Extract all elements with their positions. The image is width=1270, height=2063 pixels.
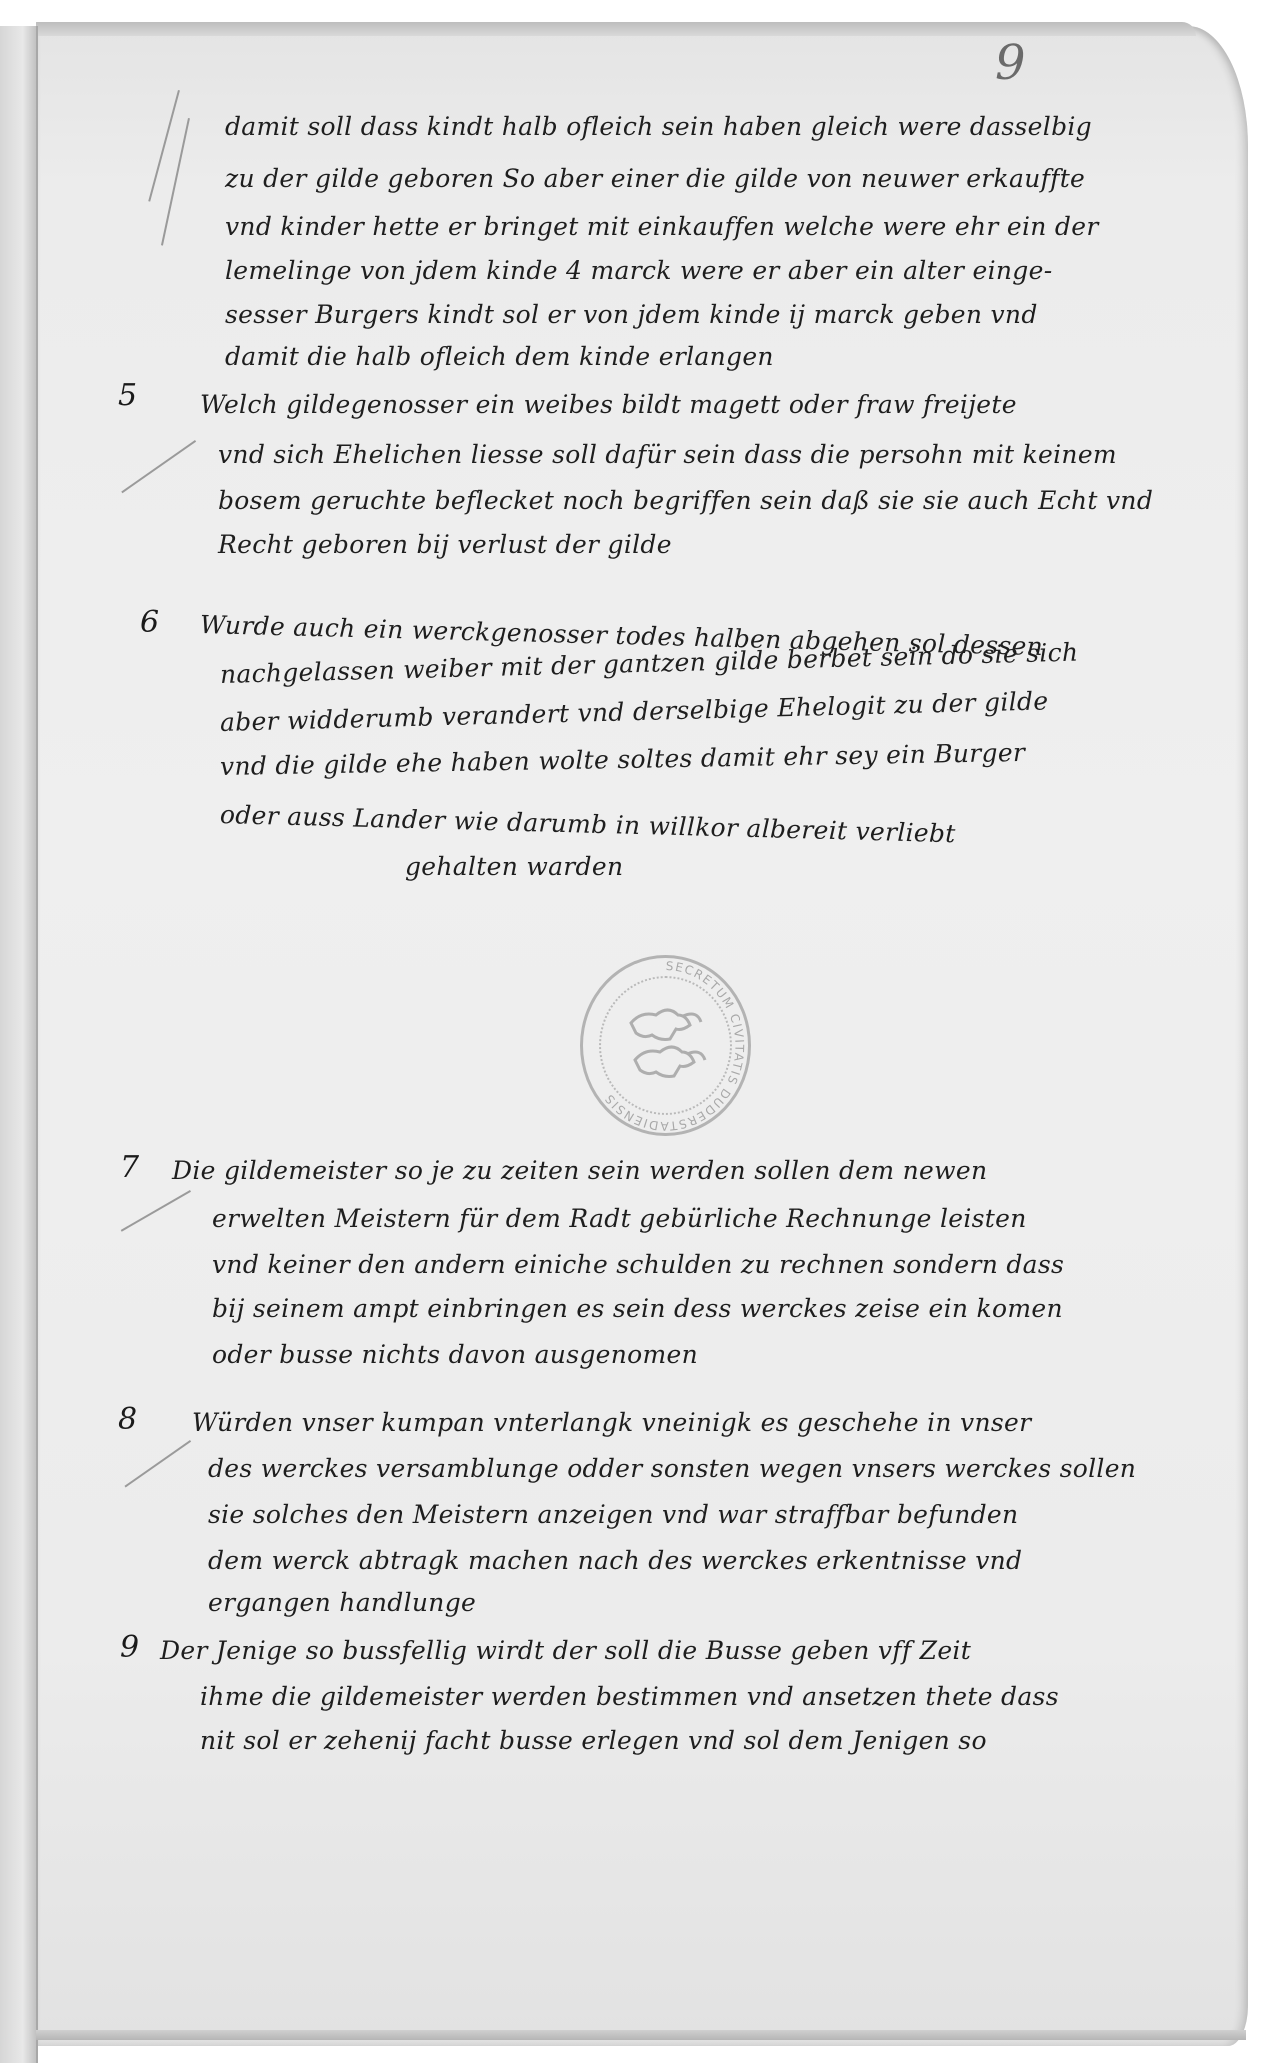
text-line: Recht geboren bij verlust der gilde	[218, 530, 672, 559]
section-number: 9	[120, 1630, 139, 1665]
text-line: vnd keiner den andern einiche schulden z…	[212, 1250, 1064, 1279]
text-line: dem werck abtragk machen nach des wercke…	[208, 1546, 1022, 1575]
text-line: ergangen handlunge	[208, 1588, 476, 1617]
text-line: damit soll dass kindt halb ofleich sein …	[225, 112, 1092, 141]
text-line: zu der gilde geboren So aber einer die g…	[225, 164, 1085, 193]
book-binding-gutter	[0, 26, 38, 2063]
text-line: damit die halb ofleich dem kinde erlange…	[225, 342, 774, 371]
text-line: Der Jenige so bussfellig wirdt der soll …	[160, 1636, 971, 1665]
folio-number: 9	[995, 35, 1026, 91]
binding-fold-line	[36, 26, 38, 2063]
city-seal-stamp: SECRETUM CIVITATIS DUDERSTADIENSIS	[580, 955, 751, 1136]
text-line: des werckes versamblunge odder sonsten w…	[208, 1454, 1136, 1483]
text-line: Würden vnser kumpan vnterlangk vneinigk …	[192, 1408, 1031, 1437]
text-line: lemelinge von jdem kinde 4 marck were er…	[225, 256, 1052, 285]
text-line: oder busse nichts davon ausgenomen	[212, 1340, 698, 1369]
page-top-edge	[36, 22, 1196, 36]
text-line: ihme die gildemeister werden bestimmen v…	[200, 1682, 1059, 1711]
text-line: Die gildemeister so je zu zeiten sein we…	[172, 1156, 987, 1185]
section-number: 6	[140, 605, 159, 640]
text-line: erwelten Meistern für dem Radt gebürlich…	[212, 1204, 1027, 1233]
text-line: vnd kinder hette er bringet mit einkauff…	[225, 212, 1099, 241]
lion-emblem-icon	[621, 998, 711, 1093]
text-line: gehalten warden	[405, 852, 623, 881]
text-line: sie solches den Meistern anzeigen vnd wa…	[208, 1500, 1018, 1529]
text-line: vnd sich Ehelichen liesse soll dafür sei…	[218, 440, 1117, 469]
section-number: 7	[120, 1150, 139, 1185]
text-line: bosem geruchte beflecket noch begriffen …	[218, 486, 1153, 515]
text-line: bij seinem ampt einbringen es sein dess …	[212, 1294, 1063, 1323]
section-number: 8	[118, 1402, 137, 1437]
text-line: sesser Burgers kindt sol er von jdem kin…	[225, 300, 1038, 329]
text-line: Welch gildegenosser ein weibes bildt mag…	[200, 390, 1017, 419]
section-number: 5	[118, 378, 137, 413]
page-bottom-edge	[36, 2030, 1246, 2040]
text-line: nit sol er zehenij facht busse erlegen v…	[200, 1726, 987, 1755]
